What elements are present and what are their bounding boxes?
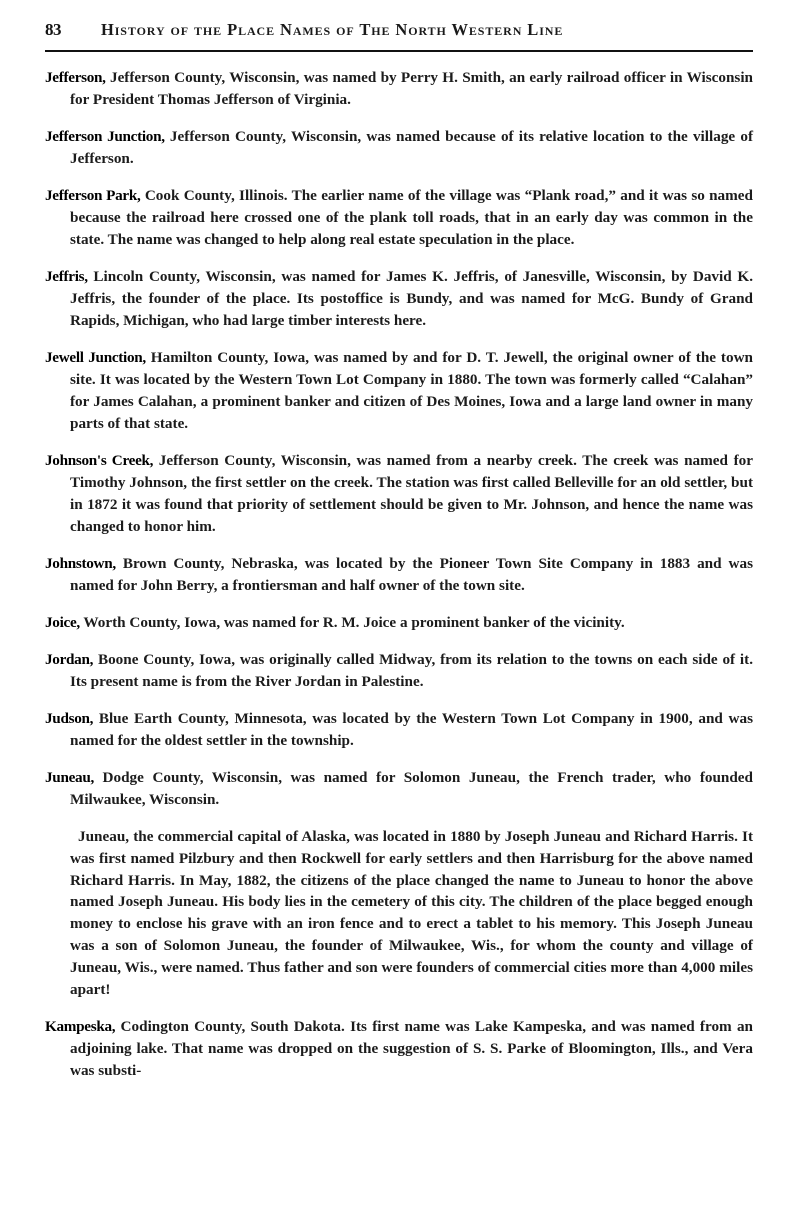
page-number: 83 <box>45 20 101 40</box>
entry-text: Jefferson County, Wisconsin, was named b… <box>70 69 753 108</box>
entry-jewell-junction: Jewell Junction, Hamilton County, Iowa, … <box>45 347 753 435</box>
entry-headword: Jeffris, <box>45 268 88 285</box>
entry-juneau-alaska-note: Juneau, the commercial capital of Alaska… <box>45 826 753 1001</box>
entry-headword: Juneau, <box>45 769 94 786</box>
entry-text: Codington County, South Dakota. Its firs… <box>70 1018 753 1079</box>
entry-headword: Jordan, <box>45 651 93 668</box>
entry-text: Jefferson County, Wisconsin, was named b… <box>70 128 753 167</box>
entry-jefferson-junction: Jefferson Junction, Jefferson County, Wi… <box>45 126 753 170</box>
gazetteer-entries: Jefferson, Jefferson County, Wisconsin, … <box>45 67 753 1082</box>
entry-joice: Joice, Worth County, Iowa, was named for… <box>45 612 753 634</box>
entry-text: Dodge County, Wisconsin, was named for S… <box>70 769 753 808</box>
entry-text: Hamilton County, Iowa, was named by and … <box>70 349 753 432</box>
entry-jefferson-park: Jefferson Park, Cook County, Illinois. T… <box>45 185 753 251</box>
entry-headword: Jefferson Junction, <box>45 128 165 145</box>
entry-johnstown: Johnstown, Brown County, Nebraska, was l… <box>45 553 753 597</box>
entry-headword: Joice, <box>45 614 80 631</box>
entry-judson: Judson, Blue Earth County, Minnesota, wa… <box>45 708 753 752</box>
entry-jefferson: Jefferson, Jefferson County, Wisconsin, … <box>45 67 753 111</box>
running-title: History of the Place Names of The North … <box>101 20 563 40</box>
entry-jordan: Jordan, Boone County, Iowa, was original… <box>45 649 753 693</box>
entry-text: Cook County, Illinois. The earlier name … <box>70 187 753 248</box>
entry-text: Jefferson County, Wisconsin, was named f… <box>70 452 753 535</box>
running-header: 83 History of the Place Names of The Nor… <box>45 20 753 52</box>
entry-kampeska: Kampeska, Codington County, South Dakota… <box>45 1016 753 1082</box>
entry-headword: Jefferson, <box>45 69 106 86</box>
entry-headword: Johnstown, <box>45 555 116 572</box>
entry-headword: Jefferson Park, <box>45 187 141 204</box>
entry-text: Boone County, Iowa, was originally calle… <box>70 651 753 690</box>
entry-text: Blue Earth County, Minnesota, was locate… <box>70 710 753 749</box>
entry-johnsons-creek: Johnson's Creek, Jefferson County, Wisco… <box>45 450 753 538</box>
entry-text: Worth County, Iowa, was named for R. M. … <box>80 614 625 631</box>
entry-jeffris: Jeffris, Lincoln County, Wisconsin, was … <box>45 266 753 332</box>
entry-headword: Jewell Junction, <box>45 349 146 366</box>
entry-text: Lincoln County, Wisconsin, was named for… <box>70 268 753 329</box>
entry-headword: Kampeska, <box>45 1018 115 1035</box>
entry-juneau: Juneau, Dodge County, Wisconsin, was nam… <box>45 767 753 811</box>
entry-text: Brown County, Nebraska, was located by t… <box>70 555 753 594</box>
book-page: 83 History of the Place Names of The Nor… <box>45 20 753 1084</box>
entry-headword: Johnson's Creek, <box>45 452 153 469</box>
entry-headword: Judson, <box>45 710 93 727</box>
